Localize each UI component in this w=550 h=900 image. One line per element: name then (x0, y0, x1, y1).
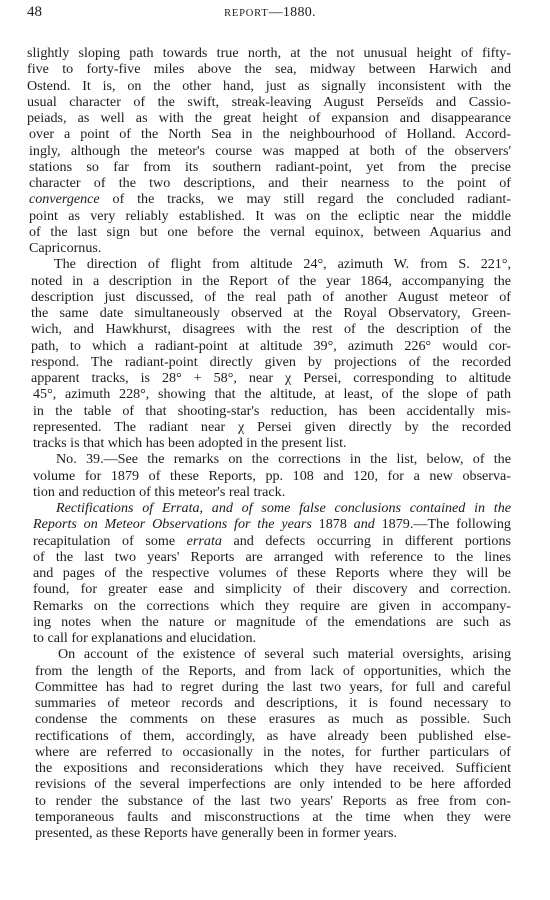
running-head-title: REPORT (224, 8, 268, 19)
text-line: path, to which a radiant-point at altitu… (31, 338, 511, 354)
text-line: of the last sign but one before the vern… (29, 224, 511, 240)
text-line: of the last two years' Reports are arran… (33, 549, 511, 565)
text-line: peiads, as well as with the great height… (27, 110, 511, 126)
year: 1878 (319, 516, 347, 532)
text-line: slightly sloping path towards true north… (27, 45, 511, 61)
text-line: ingly, although the meteor's course was … (29, 143, 511, 159)
section-heading: Rectifications of Errata, and of some fa… (56, 500, 511, 516)
italic-term: errata (187, 533, 222, 549)
text-line: and pages of the respective volumes of t… (33, 565, 511, 581)
text-line: character of the two descriptions, and t… (29, 175, 511, 191)
text-line: the expositions and reconsiderations whi… (35, 760, 511, 776)
document-page: 48 REPORT—1880. slightly sloping path to… (0, 0, 550, 900)
text-line: Committee has had to regret during the l… (35, 679, 511, 695)
text-line: represented. The radiant near χ Persei g… (33, 419, 511, 435)
text-line: Capricornus. (29, 240, 511, 256)
text-line: description just discussed, of the real … (31, 289, 511, 305)
text-line: On account of the existence of several s… (35, 646, 511, 662)
text-line: presented, as these Reports have general… (35, 825, 511, 841)
text-line: usual character of the swift, streak-lea… (27, 94, 511, 110)
text-line: 45°, azimuth 228°, showing that the alti… (33, 386, 511, 402)
text-line: revisions of the several imperfections a… (35, 776, 511, 792)
italic-term: convergence (29, 191, 100, 207)
text-line: stations so far from its southern radian… (29, 159, 511, 175)
text-line: The direction of flight from altitude 24… (31, 256, 511, 272)
text-fragment: of the tracks, we may still regard the c… (100, 191, 511, 207)
paragraph-rectifications: Rectifications of Errata, and of some fa… (27, 500, 511, 646)
text-line: where are referred to occasionally in th… (35, 744, 511, 760)
text-line: to render the substance of the last two … (35, 793, 511, 809)
text-line-convergence: convergence of the tracks, we may still … (29, 191, 511, 207)
text-line: apparent tracks, is 28° + 58°, near χ Pe… (31, 370, 511, 386)
text-line: in the table of that shooting-star's red… (33, 403, 511, 419)
section-heading-line: Rectifications of Errata, and of some fa… (33, 500, 511, 516)
text-fragment: —The following (413, 516, 511, 532)
text-line: over a point of the North Sea in the nei… (29, 126, 511, 142)
text-line: volume for 1879 of these Reports, pp. 10… (33, 468, 511, 484)
paragraph-direction-of-flight: The direction of flight from altitude 24… (27, 256, 511, 451)
text-line: five to forty-five miles above the sea, … (27, 61, 511, 77)
text-line: to call for explanations and elucidation… (33, 630, 511, 646)
section-heading: Reports on Meteor Observations for the y… (33, 516, 312, 532)
text-line: condense the comments on these erasures … (35, 711, 511, 727)
paragraph-meteor-path: slightly sloping path towards true north… (27, 45, 511, 256)
text-line: recapitulation of some errata and defect… (33, 533, 511, 549)
body-text: slightly sloping path towards true north… (27, 45, 511, 841)
text-line: summaries of meteor records and descript… (35, 695, 511, 711)
text-line: found, for greater ease and simplicity o… (33, 581, 511, 597)
text-fragment: recapitulation of some (33, 533, 187, 549)
running-head-year: —1880. (269, 5, 316, 20)
text-line: tracks is that which has been adopted in… (33, 435, 511, 451)
paragraph-oversights: On account of the existence of several s… (27, 646, 511, 841)
page-header: 48 REPORT—1880. (27, 4, 513, 24)
text-line: temporaneous faults and misconstructions… (35, 809, 511, 825)
text-line: tion and reduction of this meteor's real… (33, 484, 511, 500)
text-line: respond. The radiant-point directly give… (31, 354, 511, 370)
text-line: No. 39.—See the remarks on the correctio… (33, 451, 511, 467)
heading-and: and (354, 516, 375, 532)
text-fragment: and defects occurring in different porti… (222, 533, 511, 549)
text-line: Remarks on the corrections which they re… (33, 598, 511, 614)
year: 1879. (382, 516, 414, 532)
text-line: Ostend. It is, on the other hand, just a… (27, 78, 511, 94)
text-line: the same date simultaneously observed at… (31, 305, 511, 321)
text-line: point as very reliably established. It w… (29, 208, 511, 224)
running-head: REPORT—1880. (27, 5, 513, 21)
text-line: from the length of the Reports, and from… (35, 663, 511, 679)
text-line: ing notes when the nature or magnitude o… (33, 614, 511, 630)
text-line: noted in a description in the Report of … (31, 273, 511, 289)
paragraph-no-39: No. 39.—See the remarks on the correctio… (27, 451, 511, 500)
section-heading-line: Reports on Meteor Observations for the y… (33, 516, 511, 532)
text-line: rectifications of them, accordingly, as … (35, 728, 511, 744)
text-line: wich, and Hawkhurst, disagrees with the … (31, 321, 511, 337)
